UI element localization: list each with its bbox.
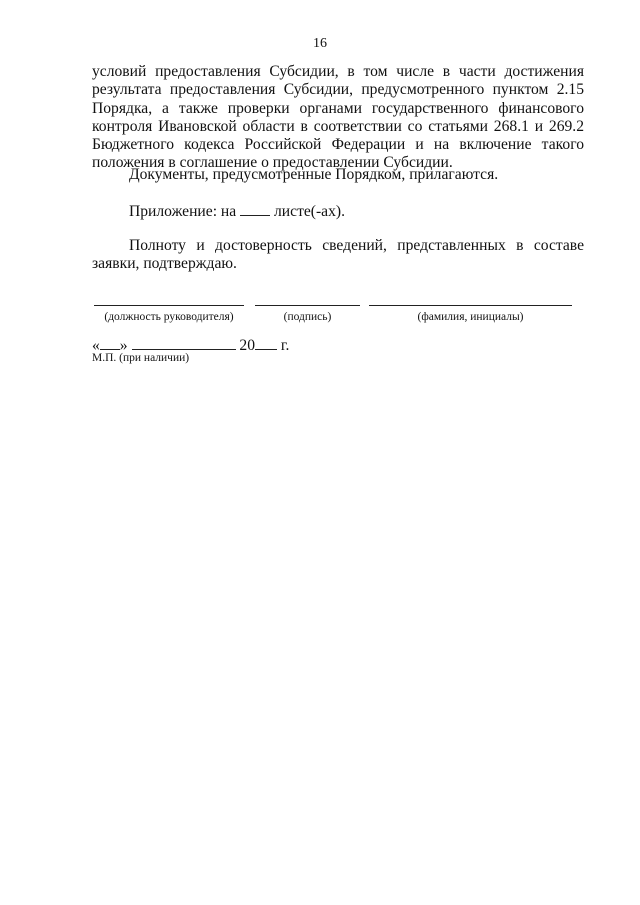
month-blank[interactable] <box>132 335 236 350</box>
paragraph-line: Бюджетного кодекса Российской Федерации … <box>92 136 584 154</box>
name-label: (фамилия, инициалы) <box>369 311 572 324</box>
signature-label: (подпись) <box>255 311 360 324</box>
paragraph-line: результата предоставления Субсидии, пред… <box>92 81 584 99</box>
name-signature-line[interactable] <box>369 305 572 306</box>
confirmation-line-2: заявки, подтверждаю. <box>92 255 237 273</box>
appendix-suffix: листе(-ах). <box>274 203 345 220</box>
paragraph-line: контроля Ивановской области в соответств… <box>92 118 584 136</box>
position-label: (должность руководителя) <box>94 311 244 324</box>
day-blank[interactable] <box>100 335 120 350</box>
signature-line[interactable] <box>255 305 360 306</box>
year-suffix: г. <box>281 337 290 354</box>
year-blank[interactable] <box>255 335 277 350</box>
stamp-note: М.П. (при наличии) <box>92 352 189 365</box>
paragraph-line: Порядка, а также проверки органами госуд… <box>92 100 584 118</box>
appendix-line: Приложение: на листе(-ах). <box>129 201 345 221</box>
confirmation-line-1: Полноту и достоверность сведений, предст… <box>129 237 584 255</box>
page-number: 16 <box>0 36 640 52</box>
position-signature-line[interactable] <box>94 305 244 306</box>
paragraph-subsidy-conditions: условий предоставления Субсидии, в том ч… <box>92 63 584 173</box>
paragraph-line: условий предоставления Субсидии, в том ч… <box>92 63 584 81</box>
year-prefix: 20 <box>239 337 255 354</box>
documents-attached-text: Документы, предусмотренные Порядком, при… <box>129 166 498 184</box>
appendix-prefix: Приложение: на <box>129 203 236 220</box>
appendix-sheets-blank[interactable] <box>240 201 270 216</box>
